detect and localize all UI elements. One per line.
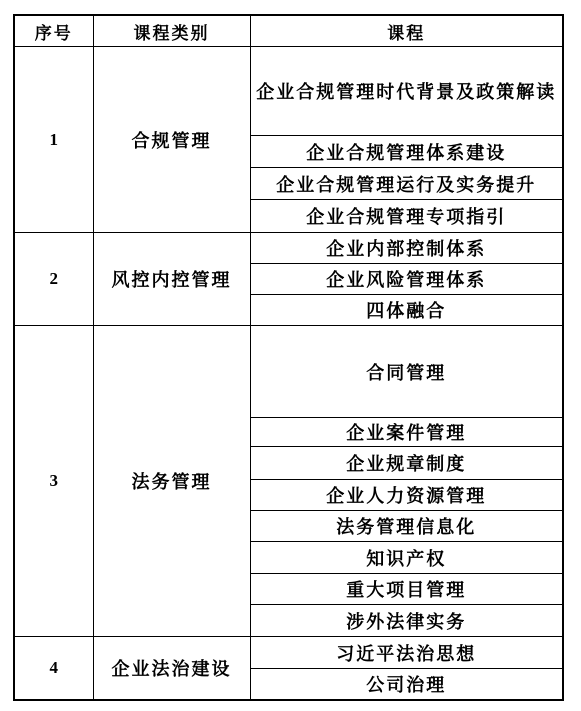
row-number-cell: 3 (14, 326, 93, 637)
header-cell-number: 序号 (14, 15, 93, 47)
course-cell: 合同管理 (250, 326, 563, 418)
table-body: 1合规管理企业合规管理时代背景及政策解读企业合规管理体系建设企业合规管理运行及实… (14, 47, 563, 700)
course-cell: 企业合规管理时代背景及政策解读 (250, 47, 563, 136)
course-cell: 四体融合 (250, 295, 563, 326)
course-cell: 企业规章制度 (250, 447, 563, 480)
course-cell: 重大项目管理 (250, 574, 563, 605)
course-cell: 习近平法治思想 (250, 637, 563, 669)
header-cell-course: 课程 (250, 15, 563, 47)
table-row: 2风控内控管理企业内部控制体系 (14, 233, 563, 264)
row-number-cell: 4 (14, 637, 93, 700)
course-table: 序号 课程类别 课程 1合规管理企业合规管理时代背景及政策解读企业合规管理体系建… (13, 14, 564, 701)
course-cell: 企业合规管理运行及实务提升 (250, 168, 563, 200)
course-cell: 知识产权 (250, 542, 563, 574)
category-cell: 合规管理 (93, 47, 250, 233)
table-row: 4企业法治建设习近平法治思想 (14, 637, 563, 669)
course-cell: 企业合规管理体系建设 (250, 136, 563, 168)
table-row: 3法务管理合同管理 (14, 326, 563, 418)
course-cell: 企业合规管理专项指引 (250, 200, 563, 233)
row-number-cell: 1 (14, 47, 93, 233)
category-cell: 企业法治建设 (93, 637, 250, 700)
header-cell-category: 课程类别 (93, 15, 250, 47)
table-row: 1合规管理企业合规管理时代背景及政策解读 (14, 47, 563, 136)
course-cell: 企业案件管理 (250, 418, 563, 447)
course-cell: 法务管理信息化 (250, 511, 563, 542)
category-cell: 法务管理 (93, 326, 250, 637)
page: 序号 课程类别 课程 1合规管理企业合规管理时代背景及政策解读企业合规管理体系建… (0, 0, 581, 711)
header-row: 序号 课程类别 课程 (14, 15, 563, 47)
course-cell: 涉外法律实务 (250, 605, 563, 637)
course-cell: 公司治理 (250, 669, 563, 700)
category-cell: 风控内控管理 (93, 233, 250, 326)
row-number-cell: 2 (14, 233, 93, 326)
course-cell: 企业内部控制体系 (250, 233, 563, 264)
course-cell: 企业人力资源管理 (250, 480, 563, 511)
course-cell: 企业风险管理体系 (250, 264, 563, 295)
